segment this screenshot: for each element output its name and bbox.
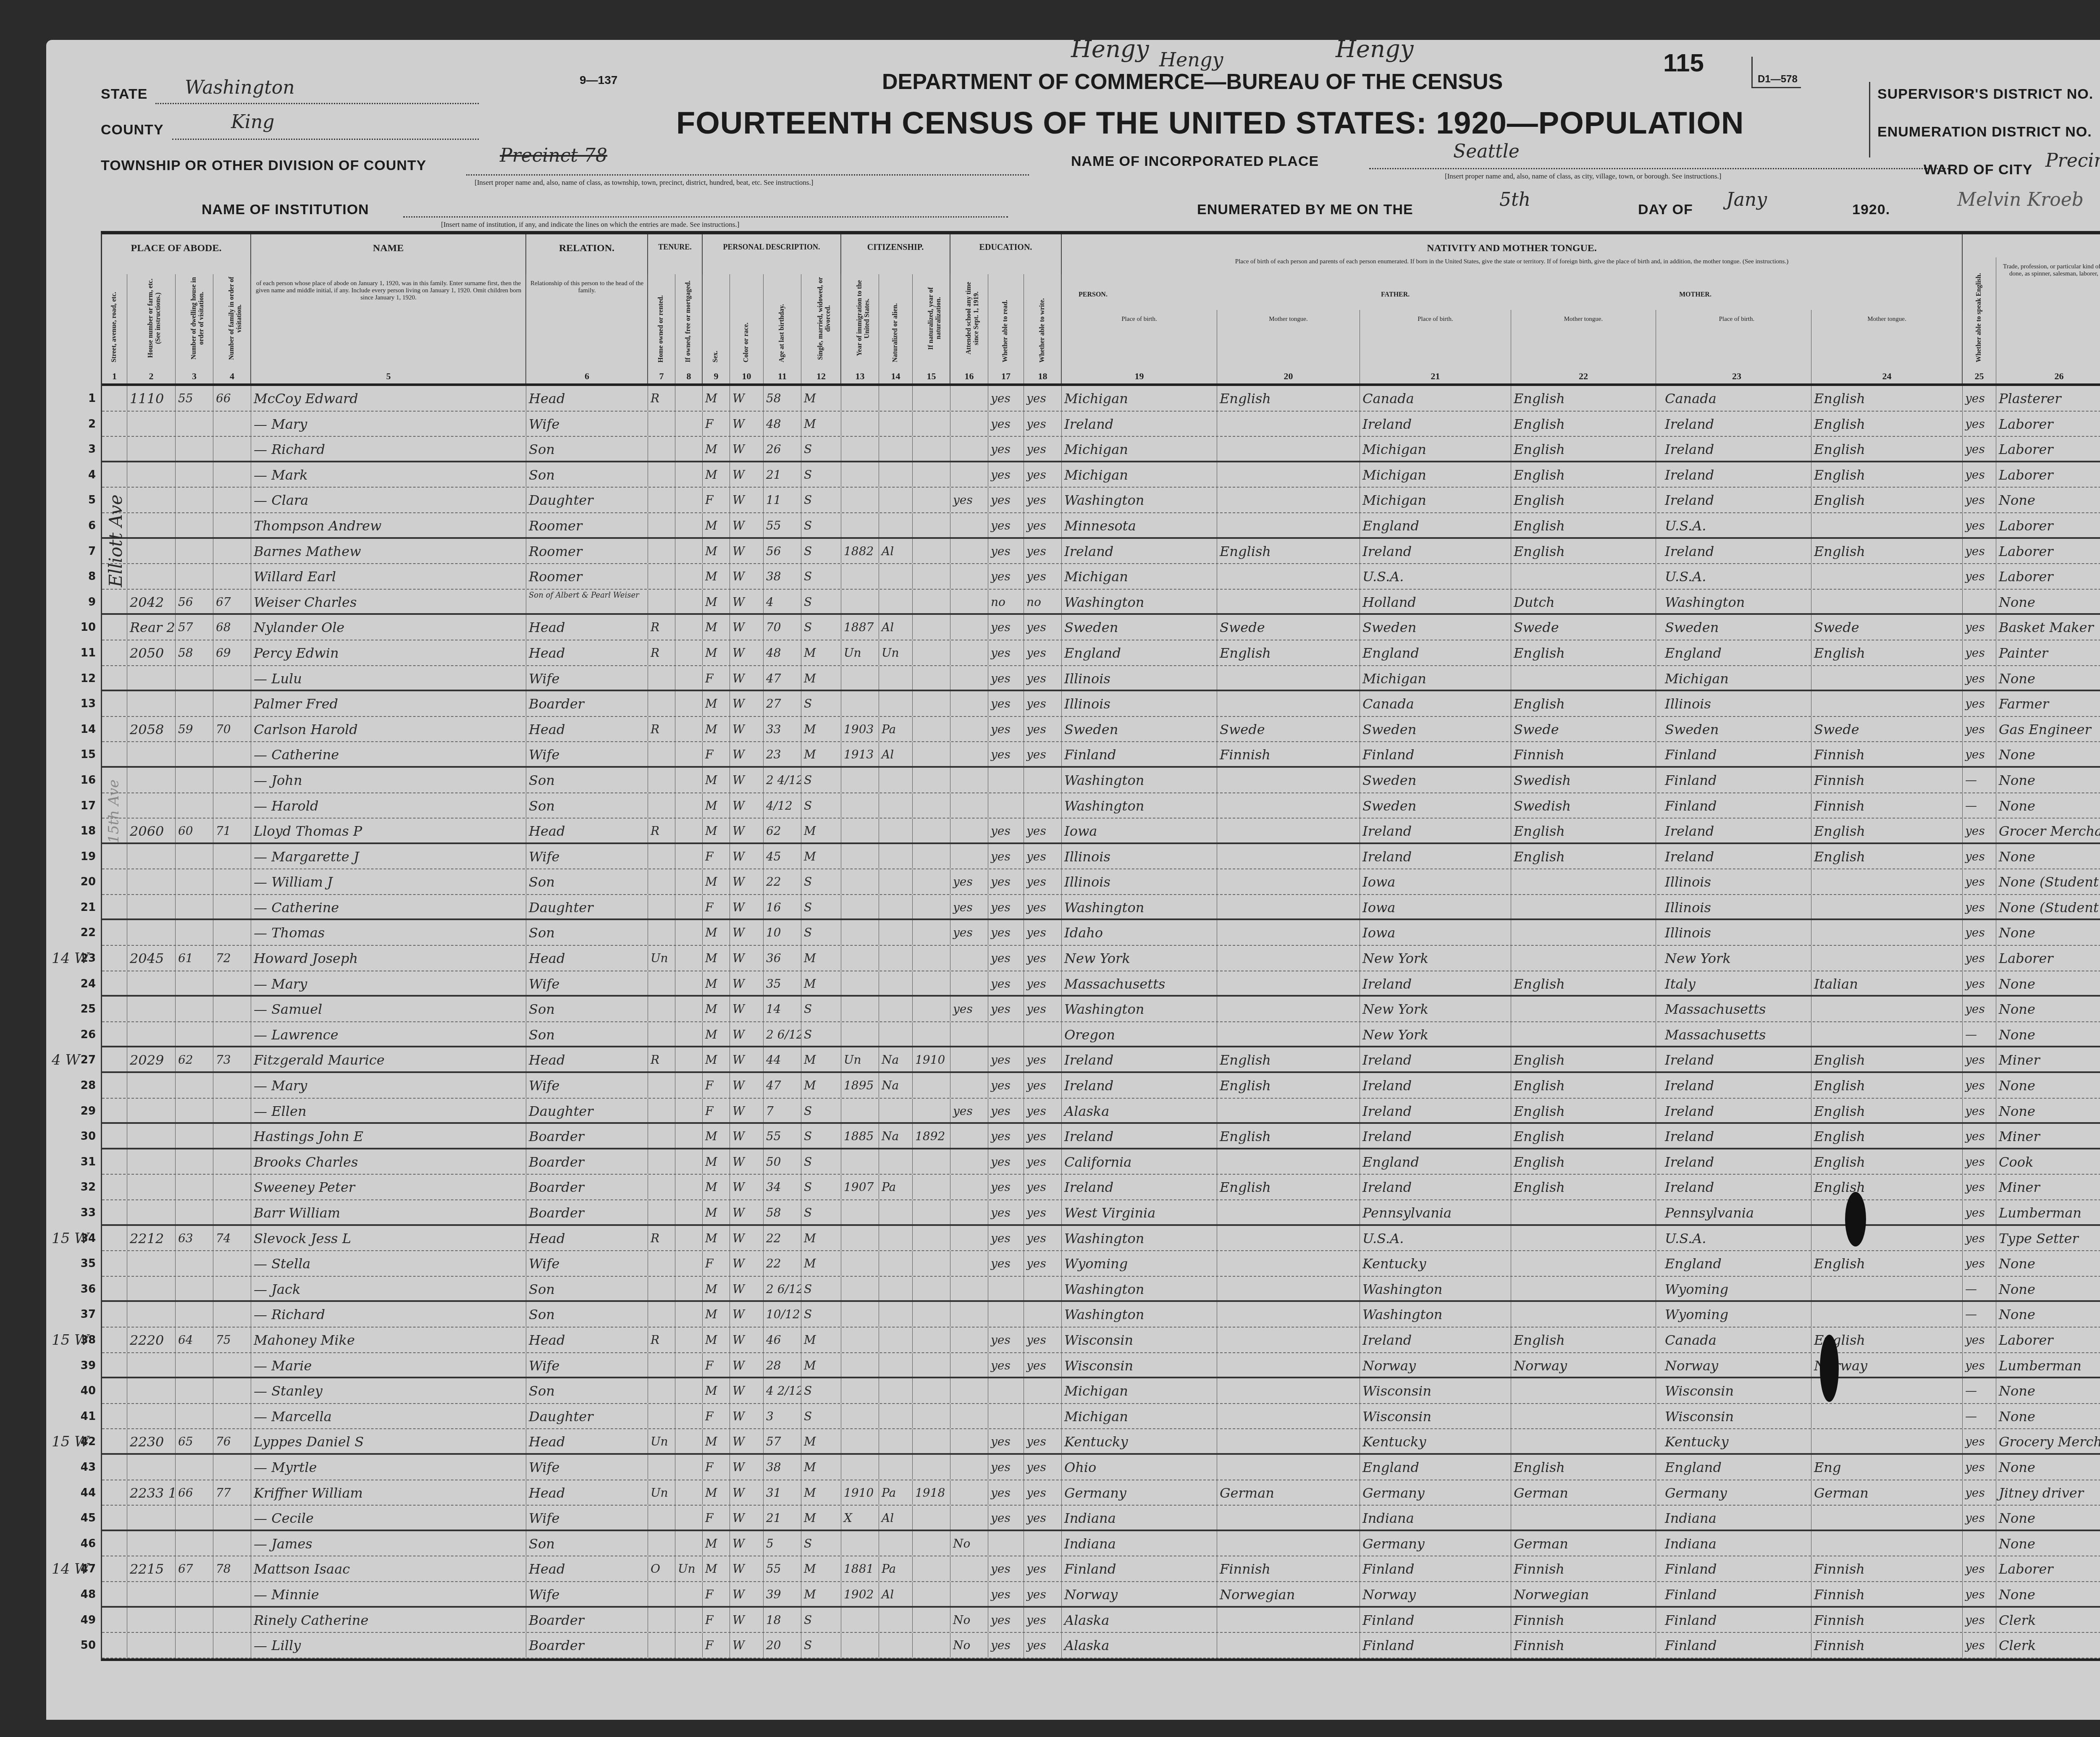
cell-sex: M: [703, 1149, 730, 1174]
cell-trade: Laborer: [1996, 412, 2100, 436]
line-number: 39: [71, 1353, 96, 1378]
cell-street: [102, 1226, 127, 1251]
cell-family: [213, 412, 251, 436]
cell-house: [127, 1277, 176, 1301]
cell-nat: Na: [879, 1124, 913, 1148]
table-row: 10Rear 20485768Nylander OleHeadRMW70S188…: [102, 615, 2100, 640]
cell-f_birth: England: [1360, 513, 1511, 537]
cell-name: Percy Edwin: [251, 640, 526, 665]
cell-race: W: [730, 742, 764, 766]
cell-sex: M: [703, 1531, 730, 1556]
cell-name: — Minnie: [251, 1582, 526, 1606]
cell-family: [213, 1506, 251, 1530]
cell-dwelling: [176, 742, 213, 766]
cell-m_tongue: [1811, 946, 1963, 971]
cell-eng: yes: [1963, 1556, 1996, 1581]
cell-age: 62: [764, 819, 801, 842]
line-number: 25: [71, 997, 96, 1022]
cell-trade: Cook: [1996, 1149, 2100, 1174]
cell-age: 48: [764, 640, 801, 665]
cell-house: [127, 920, 176, 945]
cell-race: W: [730, 997, 764, 1021]
cell-f_tongue: [1511, 1226, 1656, 1251]
cell-natyr: [913, 590, 950, 614]
cell-school: [950, 1277, 988, 1301]
cell-tenure: [648, 1200, 675, 1224]
cell-age: 47: [764, 1073, 801, 1098]
cell-mort: [675, 1353, 703, 1377]
cell-house: [127, 1353, 176, 1377]
cell-sex: M: [703, 462, 730, 487]
cell-name: — William J: [251, 869, 526, 894]
cell-mort: [675, 742, 703, 766]
cell-trade: Miner: [1996, 1124, 2100, 1148]
cell-trade: None: [1996, 971, 2100, 995]
cell-mort: [675, 1404, 703, 1429]
cell-tongue: [1217, 819, 1360, 842]
cell-family: [213, 997, 251, 1021]
cell-m_tongue: English: [1811, 1099, 1963, 1123]
cell-family: [213, 513, 251, 537]
cell-house: [127, 1302, 176, 1327]
cell-tongue: [1217, 1633, 1360, 1658]
state-value: Washington: [185, 77, 295, 98]
cell-school: [950, 1506, 988, 1530]
cell-name: — James: [251, 1531, 526, 1556]
cell-birth: Illinois: [1062, 844, 1217, 869]
cell-trade: Gas Engineer: [1996, 717, 2100, 742]
cell-eng: yes: [1963, 869, 1996, 894]
year-label: 1920.: [1852, 202, 1890, 218]
cell-nat: [879, 1608, 913, 1632]
cell-mort: [675, 590, 703, 614]
cell-m_tongue: Finnish: [1811, 793, 1963, 818]
cell-m_birth: Finland: [1662, 742, 1811, 766]
cell-name: Howard Joseph: [251, 946, 526, 971]
cell-tenure: [648, 997, 675, 1021]
cell-school: [950, 1378, 988, 1403]
column-header-20: Mother tongue.20: [1217, 310, 1360, 383]
line-number: 20: [71, 869, 96, 895]
line-number: 4: [71, 462, 96, 488]
cell-dwelling: [176, 895, 213, 919]
cell-m_tongue: English: [1811, 640, 1963, 665]
cell-marital: M: [801, 742, 841, 766]
cell-birth: Massachusetts: [1062, 971, 1217, 995]
cell-eng: yes: [1963, 1633, 1996, 1658]
cell-eng: yes: [1963, 920, 1996, 945]
cell-m_birth: Finland: [1662, 1633, 1811, 1658]
cell-mort: [675, 640, 703, 665]
cell-imm: [841, 920, 879, 945]
cell-write: yes: [1024, 717, 1062, 742]
cell-mort: [675, 1251, 703, 1276]
cell-tenure: R: [648, 615, 675, 640]
cell-imm: [841, 819, 879, 842]
cell-read: [988, 1531, 1024, 1556]
cell-write: yes: [1024, 564, 1062, 589]
cell-trade: None: [1996, 1506, 2100, 1530]
cell-marital: S: [801, 691, 841, 716]
line-number: 32: [71, 1175, 96, 1200]
cell-mort: [675, 971, 703, 995]
cell-write: yes: [1024, 513, 1062, 537]
line-number: 31: [71, 1149, 96, 1175]
cell-marital: S: [801, 1149, 841, 1174]
cell-f_tongue: Swedish: [1511, 793, 1656, 818]
cell-dwelling: 56: [176, 590, 213, 614]
cell-name: Sweeney Peter: [251, 1175, 526, 1199]
line-number: 21: [71, 895, 96, 920]
cell-sex: M: [703, 1378, 730, 1403]
line-number: 44: [71, 1480, 96, 1506]
cell-f_birth: Sweden: [1360, 793, 1511, 818]
cell-read: yes: [988, 1633, 1024, 1658]
ink-blot: [1845, 1192, 1866, 1246]
cell-f_tongue: Finnish: [1511, 1556, 1656, 1581]
table-row: 28— MaryWifeFW47M1895NayesyesIrelandEngl…: [102, 1073, 2100, 1099]
column-header-18: Whether able to write.18: [1024, 274, 1062, 383]
cell-f_birth: New York: [1360, 997, 1511, 1021]
line-number: 37: [71, 1302, 96, 1327]
cell-trade: None: [1996, 1404, 2100, 1429]
bracket: [1869, 82, 1872, 157]
cell-marital: S: [801, 615, 841, 640]
line-number: 7: [71, 539, 96, 564]
cell-tongue: [1217, 1378, 1360, 1403]
cell-f_tongue: [1511, 1404, 1656, 1429]
cell-imm: Un: [841, 640, 879, 665]
cell-f_tongue: [1511, 920, 1656, 945]
cell-read: yes: [988, 564, 1024, 589]
department-title: DEPARTMENT OF COMMERCE—BUREAU OF THE CEN…: [882, 69, 1503, 94]
cell-name: Lloyd Thomas P: [251, 819, 526, 842]
cell-age: 18: [764, 1608, 801, 1632]
cell-read: yes: [988, 997, 1024, 1021]
cell-write: yes: [1024, 640, 1062, 665]
cell-sex: M: [703, 768, 730, 792]
cell-dwelling: [176, 1302, 213, 1327]
cell-nat: [879, 590, 913, 614]
cell-birth: Illinois: [1062, 691, 1217, 716]
cell-write: yes: [1024, 1124, 1062, 1148]
cell-write: yes: [1024, 462, 1062, 487]
cell-age: 2 6/12: [764, 1022, 801, 1046]
cell-tongue: [1217, 971, 1360, 995]
cell-tenure: [648, 1302, 675, 1327]
cell-tongue: [1217, 462, 1360, 487]
cell-school: No: [950, 1608, 988, 1632]
line-number: 13: [71, 691, 96, 716]
cell-trade: Clerk: [1996, 1608, 2100, 1632]
cell-mort: [675, 768, 703, 792]
cell-m_birth: Wisconsin: [1662, 1378, 1811, 1403]
cell-dwelling: 67: [176, 1556, 213, 1581]
cell-imm: Un: [841, 1047, 879, 1071]
cell-school: yes: [950, 869, 988, 894]
cell-nat: Al: [879, 742, 913, 766]
cell-family: [213, 437, 251, 461]
cell-read: yes: [988, 1556, 1024, 1581]
cell-natyr: [913, 742, 950, 766]
cell-name: — Mark: [251, 462, 526, 487]
cell-imm: 1903: [841, 717, 879, 742]
cell-read: yes: [988, 869, 1024, 894]
cell-dwelling: [176, 412, 213, 436]
cell-family: [213, 1582, 251, 1606]
cell-write: yes: [1024, 1149, 1062, 1174]
cell-family: [213, 539, 251, 564]
cell-sex: M: [703, 819, 730, 842]
state-label: State: [101, 86, 147, 102]
cell-relation: Wife: [526, 1353, 648, 1377]
cell-f_birth: Pennsylvania: [1360, 1200, 1511, 1224]
cell-natyr: [913, 1277, 950, 1301]
column-header-17: Whether able to read.17: [988, 274, 1024, 383]
cell-nat: [879, 666, 913, 690]
cell-name: Thompson Andrew: [251, 513, 526, 537]
cell-m_birth: Finland: [1662, 1582, 1811, 1606]
cell-name: — Thomas: [251, 920, 526, 945]
cell-sex: M: [703, 590, 730, 614]
cell-m_birth: Ireland: [1662, 488, 1811, 512]
table-row: 32Sweeney PeterBoarderMW34S1907PayesyesI…: [102, 1175, 2100, 1200]
cell-m_tongue: English: [1811, 488, 1963, 512]
cell-street: [102, 590, 127, 614]
cell-birth: Sweden: [1062, 717, 1217, 742]
cell-nat: Pa: [879, 1480, 913, 1505]
cell-marital: S: [801, 1404, 841, 1429]
cell-dwelling: [176, 564, 213, 589]
cell-m_birth: Finland: [1662, 1556, 1811, 1581]
cell-mort: [675, 1226, 703, 1251]
cell-read: yes: [988, 1124, 1024, 1148]
cell-relation: Head: [526, 615, 648, 640]
cell-relation: Head: [526, 1226, 648, 1251]
cell-imm: [841, 1251, 879, 1276]
cell-race: W: [730, 1531, 764, 1556]
cell-relation: Daughter: [526, 1404, 648, 1429]
cell-street: [102, 844, 127, 869]
cell-read: yes: [988, 1429, 1024, 1453]
cell-natyr: [913, 1175, 950, 1199]
cell-school: [950, 1429, 988, 1453]
cell-dwelling: 55: [176, 386, 213, 411]
line-number: 43: [71, 1455, 96, 1480]
cell-family: [213, 1124, 251, 1148]
cell-relation: Roomer: [526, 539, 648, 564]
cell-natyr: [913, 386, 950, 411]
cell-trade: None: [1996, 1378, 2100, 1403]
table-row: 1120505869Percy EdwinHeadRMW48MUnUnyesye…: [102, 640, 2100, 666]
form-number: 9—137: [580, 73, 617, 87]
cell-m_birth: Wyoming: [1662, 1277, 1811, 1301]
cell-sex: M: [703, 946, 730, 971]
cell-imm: [841, 488, 879, 512]
column-header-26: Trade, profession, or particular kind of…: [1996, 257, 2100, 383]
cell-family: [213, 666, 251, 690]
cell-trade: None: [1996, 920, 2100, 945]
cell-m_tongue: [1811, 1506, 1963, 1530]
cell-house: 2058: [127, 717, 176, 742]
cell-m_tongue: Italian: [1811, 971, 1963, 995]
county-value: King: [231, 111, 274, 133]
cell-tenure: [648, 1099, 675, 1123]
cell-f_tongue: English: [1511, 1149, 1656, 1174]
cell-read: yes: [988, 717, 1024, 742]
cell-tongue: Swede: [1217, 717, 1360, 742]
cell-tongue: [1217, 564, 1360, 589]
cell-marital: S: [801, 997, 841, 1021]
margin-note: Hengy: [1159, 48, 1223, 71]
cell-relation: Wife: [526, 412, 648, 436]
cell-house: [127, 437, 176, 461]
cell-f_birth: Washington: [1360, 1302, 1511, 1327]
cell-f_birth: Michigan: [1360, 437, 1511, 461]
cell-tongue: [1217, 666, 1360, 690]
cell-trade: None: [1996, 793, 2100, 818]
cell-eng: yes: [1963, 1149, 1996, 1174]
cell-relation: Son: [526, 1022, 648, 1046]
cell-nat: [879, 1531, 913, 1556]
cell-m_tongue: [1811, 1429, 1963, 1453]
cell-tongue: [1217, 1099, 1360, 1123]
cell-family: [213, 488, 251, 512]
cell-tongue: [1217, 691, 1360, 716]
ed-label: Enumeration District No.: [1877, 124, 2092, 140]
cell-read: yes: [988, 1099, 1024, 1123]
cell-write: [1024, 1302, 1062, 1327]
cell-mort: [675, 1149, 703, 1174]
cell-trade: Laborer: [1996, 539, 2100, 564]
cell-nat: [879, 819, 913, 842]
cell-dwelling: [176, 1608, 213, 1632]
cell-tenure: [648, 895, 675, 919]
cell-m_birth: U.S.A.: [1662, 513, 1811, 537]
cell-race: W: [730, 1455, 764, 1480]
table-row: 37— RichardSonMW10/12SWashingtonWashingt…: [102, 1302, 2100, 1328]
cell-m_tongue: Finnish: [1811, 768, 1963, 792]
cell-house: [127, 844, 176, 869]
cell-age: 47: [764, 666, 801, 690]
cell-race: W: [730, 513, 764, 537]
cell-tongue: [1217, 844, 1360, 869]
line-number: 49: [71, 1608, 96, 1633]
cell-m_birth: Canada: [1662, 1328, 1811, 1352]
township-label: Township or other division of county: [101, 157, 426, 174]
cell-write: yes: [1024, 946, 1062, 971]
cell-eng: yes: [1963, 1124, 1996, 1148]
cell-school: [950, 1582, 988, 1606]
cell-nat: [879, 691, 913, 716]
cell-m_birth: Kentucky: [1662, 1429, 1811, 1453]
cell-street: [102, 1531, 127, 1556]
cell-read: [988, 1302, 1024, 1327]
cell-f_birth: Ireland: [1360, 1328, 1511, 1352]
column-header-10: Color or race.10: [730, 274, 764, 383]
cell-f_tongue: Norway: [1511, 1353, 1656, 1377]
cell-family: [213, 462, 251, 487]
column-header-7: Home owned or rented.7: [648, 274, 675, 383]
cell-tongue: [1217, 1328, 1360, 1352]
cell-age: 7: [764, 1099, 801, 1123]
cell-race: W: [730, 1099, 764, 1123]
cell-birth: Oregon: [1062, 1022, 1217, 1046]
cell-natyr: [913, 615, 950, 640]
cell-sex: M: [703, 1200, 730, 1224]
cell-mort: [675, 462, 703, 487]
cell-f_birth: Kentucky: [1360, 1429, 1511, 1453]
cell-street: [102, 1480, 127, 1505]
cell-school: [950, 590, 988, 614]
cell-read: [988, 793, 1024, 818]
cell-school: yes: [950, 1099, 988, 1123]
cell-dwelling: [176, 1582, 213, 1606]
cell-m_tongue: [1811, 869, 1963, 894]
ward-note: 15 W: [52, 1429, 89, 1454]
cell-street: [102, 666, 127, 690]
cell-birth: Ireland: [1062, 539, 1217, 564]
cell-birth: West Virginia: [1062, 1200, 1217, 1224]
cell-birth: Ireland: [1062, 1175, 1217, 1199]
line-number: 29: [71, 1099, 96, 1124]
cell-eng: yes: [1963, 1328, 1996, 1352]
cell-family: 71: [213, 819, 251, 842]
cell-write: yes: [1024, 1633, 1062, 1658]
table-row: 17— HaroldSonMW4/12SWashingtonSwedenSwed…: [102, 793, 2100, 819]
cell-sex: F: [703, 1608, 730, 1632]
margin-note: Hengy: [1071, 36, 1149, 63]
cell-eng: yes: [1963, 844, 1996, 869]
cell-trade: Miner: [1996, 1175, 2100, 1199]
incorporated-label: Name of incorporated place: [1071, 153, 1319, 170]
cell-imm: [841, 1277, 879, 1301]
cell-tongue: [1217, 997, 1360, 1021]
cell-write: yes: [1024, 895, 1062, 919]
cell-tongue: [1217, 1226, 1360, 1251]
cell-natyr: 1892: [913, 1124, 950, 1148]
cell-mort: [675, 1608, 703, 1632]
cell-mort: [675, 869, 703, 894]
cell-dwelling: [176, 513, 213, 537]
cell-age: 70: [764, 615, 801, 640]
cell-birth: Finland: [1062, 742, 1217, 766]
cell-write: yes: [1024, 997, 1062, 1021]
cell-race: W: [730, 640, 764, 665]
cell-relation: Wife: [526, 1073, 648, 1098]
cell-f_birth: England: [1360, 1455, 1511, 1480]
cell-relation: Son: [526, 1378, 648, 1403]
cell-birth: Michigan: [1062, 437, 1217, 461]
cell-school: No: [950, 1633, 988, 1658]
cell-eng: —: [1963, 1302, 1996, 1327]
cell-read: yes: [988, 1506, 1024, 1530]
cell-relation: Son: [526, 1531, 648, 1556]
cell-name: — Richard: [251, 437, 526, 461]
cell-imm: 1885: [841, 1124, 879, 1148]
county-line: [172, 139, 479, 140]
cell-birth: Ireland: [1062, 1073, 1217, 1098]
cell-m_tongue: English: [1811, 1175, 1963, 1199]
cell-family: 73: [213, 1047, 251, 1071]
cell-tenure: [648, 1633, 675, 1658]
cell-trade: Laborer: [1996, 946, 2100, 971]
table-row: 3815 W22206475Mahoney MikeHeadRMW46Myesy…: [102, 1328, 2100, 1353]
cell-nat: [879, 895, 913, 919]
cell-f_tongue: Swede: [1511, 615, 1656, 640]
cell-house: 2042: [127, 590, 176, 614]
cell-m_tongue: English: [1811, 844, 1963, 869]
